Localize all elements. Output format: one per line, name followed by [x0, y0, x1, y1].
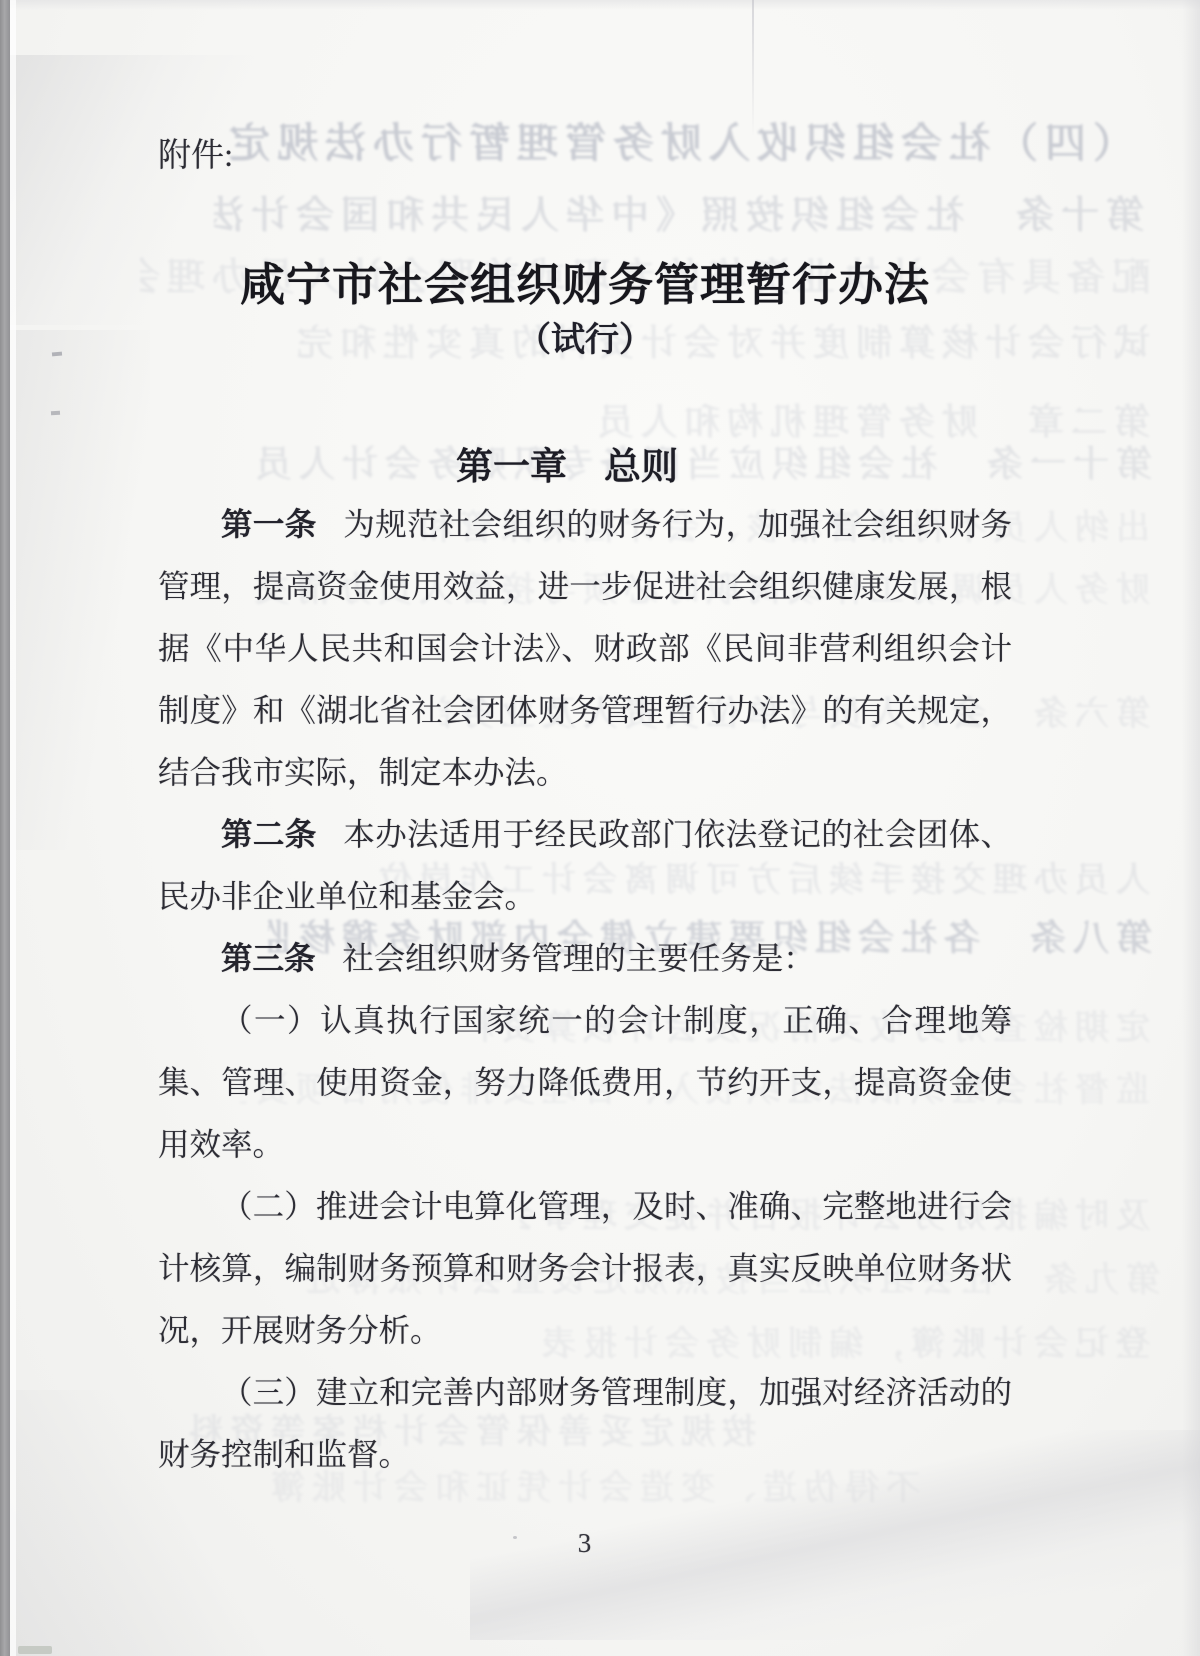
paragraph-item-2: （二）推进会计电算化管理，及时、准确、完整地进行会计核算，编制财务预算和财务会计…	[158, 1176, 1012, 1362]
item-2-text: （二）推进会计电算化管理，及时、准确、完整地进行会计核算，编制财务预算和财务会计…	[158, 1189, 1012, 1348]
paragraph-article-2: 第二条本办法适用于经民政部门依法登记的社会团体、民办非企业单位和基金会。	[158, 804, 1012, 928]
scanned-document-page: （四）社会组织收入财务管理暂行办法规定执行标准第十条 社会组织按照《中华人民共和…	[0, 0, 1200, 1656]
item-1-text: （一）认真执行国家统一的会计制度，正确、合理地筹集、管理、使用资金，努力降低费用…	[158, 1003, 1012, 1162]
paragraph-article-1: 第一条为规范社会组织的财务行为，加强社会组织财务管理，提高资金使用效益，进一步促…	[158, 494, 1012, 804]
article-1-text: 为规范社会组织的财务行为，加强社会组织财务管理，提高资金使用效益，进一步促进社会…	[158, 507, 1012, 790]
article-1-number: 第一条	[221, 507, 317, 542]
paragraph-item-1: （一）认真执行国家统一的会计制度，正确、合理地筹集、管理、使用资金，努力降低费用…	[158, 990, 1012, 1176]
document-subtitle: （试行）	[158, 312, 1012, 361]
item-3-text: （三）建立和完善内部财务管理制度，加强对经济活动的财务控制和监督。	[158, 1375, 1012, 1472]
article-3-text: 社会组织财务管理的主要任务是：	[342, 941, 815, 976]
document-title: 咸宁市社会组织财务管理暂行办法	[158, 248, 1012, 313]
paragraph-item-3: （三）建立和完善内部财务管理制度，加强对经济活动的财务控制和监督。	[158, 1362, 1012, 1486]
attachment-label: 附件:	[158, 137, 233, 177]
paragraph-article-3: 第三条社会组织财务管理的主要任务是：	[158, 928, 1012, 990]
document-body: 第一条为规范社会组织的财务行为，加强社会组织财务管理，提高资金使用效益，进一步促…	[158, 494, 1012, 1486]
page-number: 3	[158, 1528, 1012, 1559]
article-3-number: 第三条	[221, 941, 316, 976]
chapter-heading: 第一章 总则	[140, 436, 994, 490]
document-content: 附件: 咸宁市社会组织财务管理暂行办法 （试行） 第一章 总则 第一条为规范社会…	[0, 0, 1200, 1656]
article-2-number: 第二条	[221, 817, 317, 852]
